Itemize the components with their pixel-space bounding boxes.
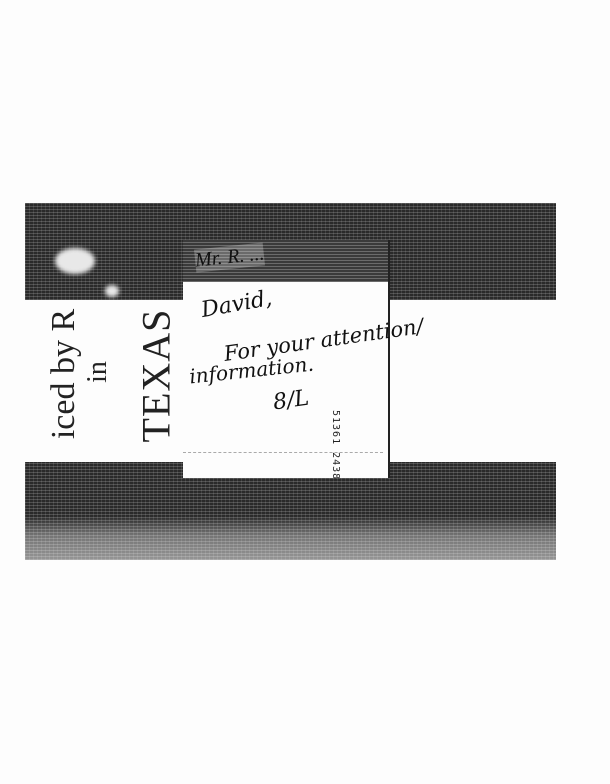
book-title-line-1: iced by R [45, 304, 83, 444]
document-number: 51361 2438 [330, 410, 341, 480]
sticky-note: Mr. R. ... David, For your attention/ in… [183, 240, 390, 478]
book-title-line-3: TEXAS [133, 306, 180, 446]
handwritten-signature: 8/L [271, 386, 310, 416]
book-title-line-2: in [82, 342, 114, 402]
header-scrawl: Mr. R. ... [194, 242, 265, 272]
sticky-note-header: Mr. R. ... [183, 240, 388, 282]
scan-light-spot [105, 285, 119, 297]
handwritten-greeting: David, [199, 286, 274, 323]
handwritten-line-2: information. [188, 352, 315, 389]
scan-artifact-line [183, 452, 383, 453]
scan-light-spot [55, 248, 95, 274]
